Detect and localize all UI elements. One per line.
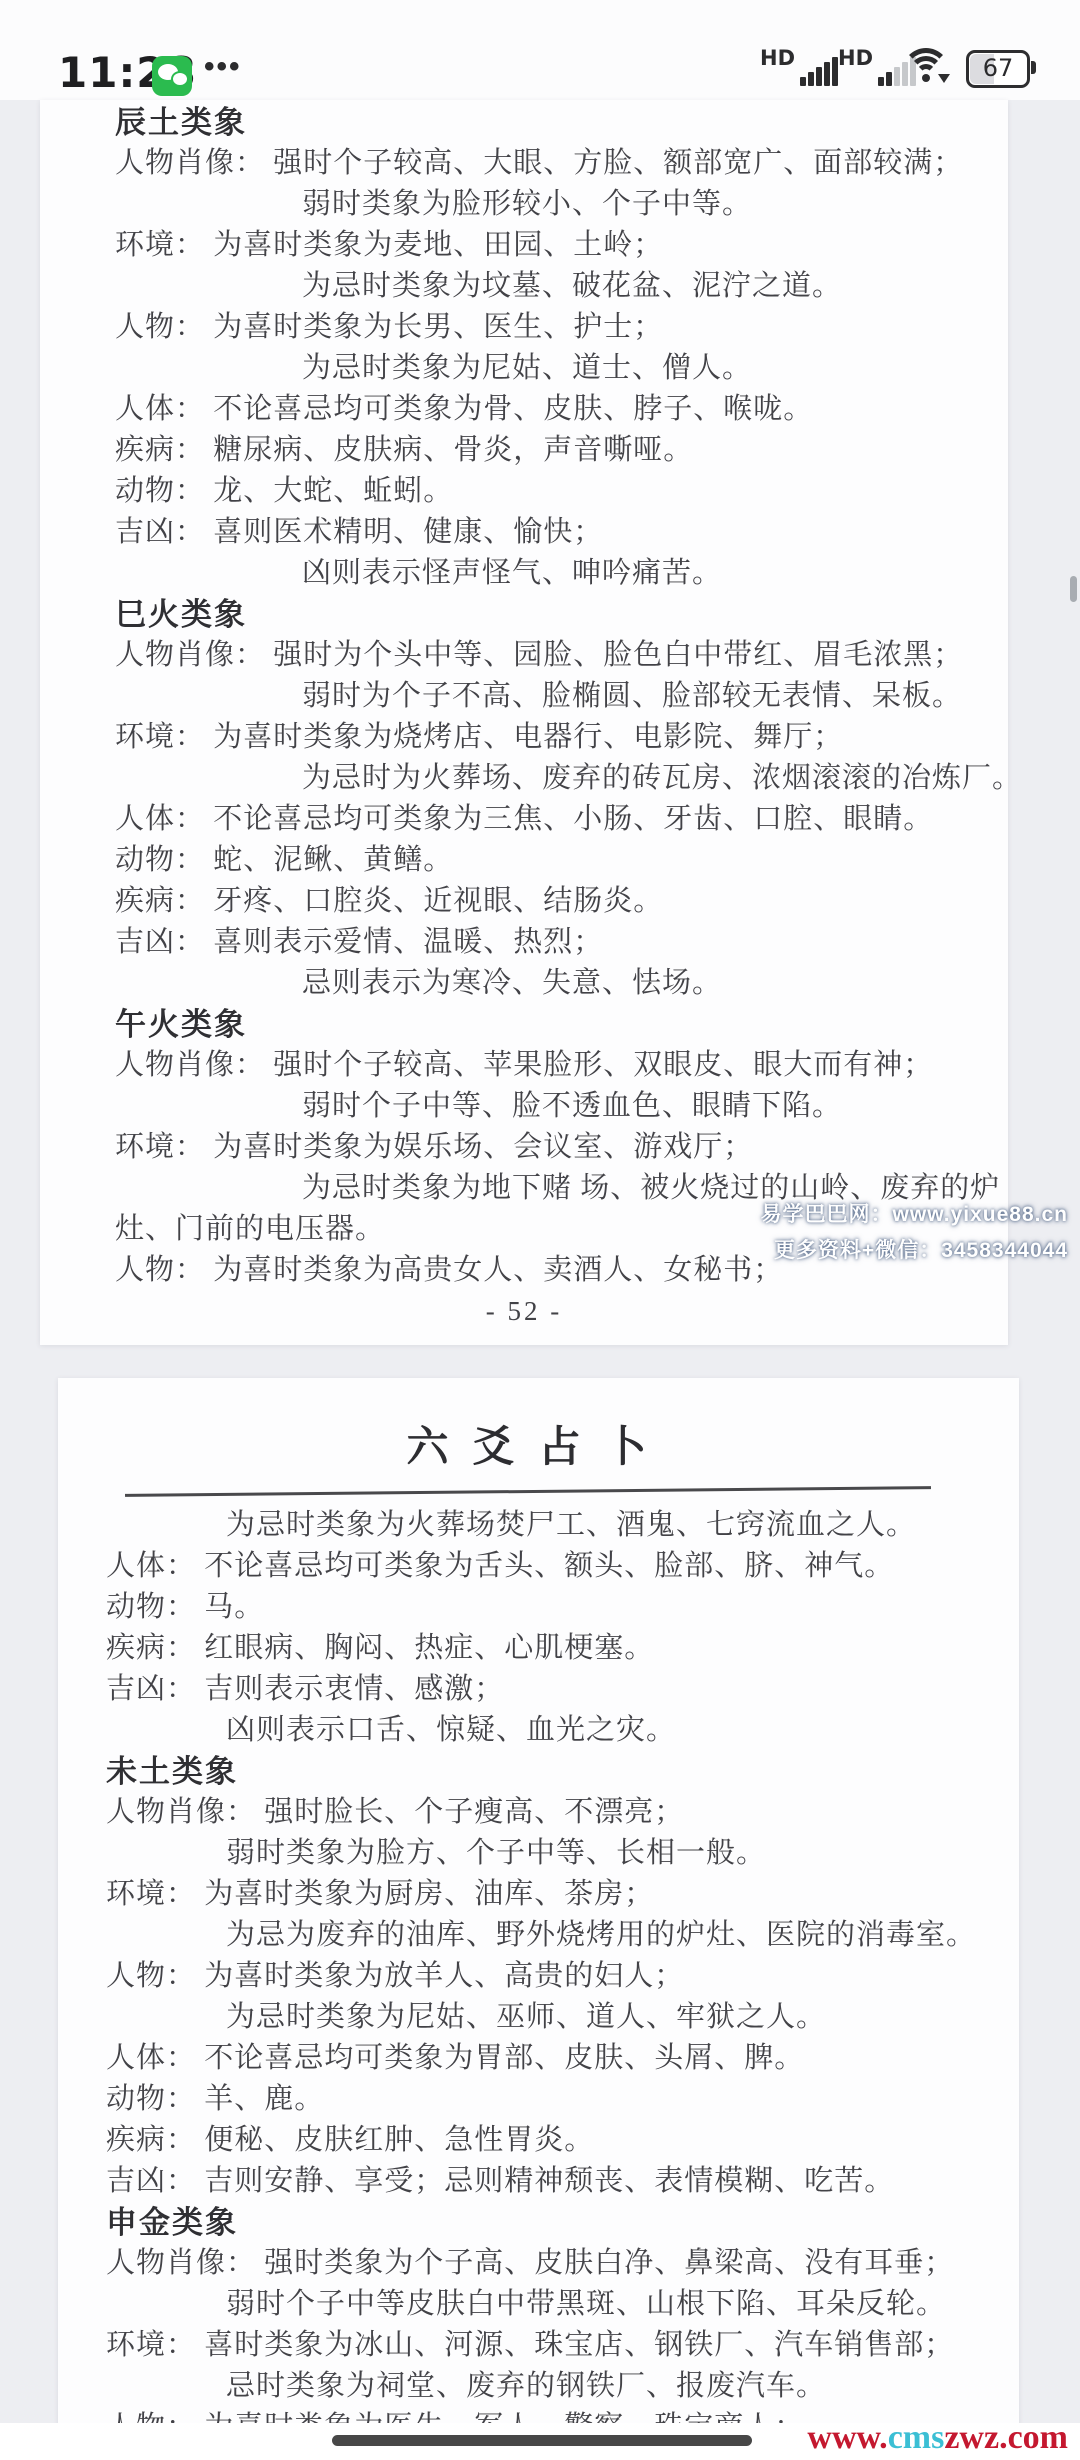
document-page-52: 辰土类象人物肖像： 强时个子较高、大眼、方脸、额部宽广、面部较满；弱时类象为脸形… (40, 100, 1008, 1345)
text-line: 人体： 不论喜忌均可类象为舌头、额头、脸部、脐、神气。 (58, 1546, 1019, 1587)
text-line: 人物肖像： 强时个子较高、大眼、方脸、额部宽广、面部较满； (40, 143, 1008, 184)
text-line: 环境： 为喜时类象为麦地、田园、土岭； (40, 225, 1008, 266)
home-indicator[interactable] (332, 2435, 752, 2446)
text-line: 弱时类象为脸形较小、个子中等。 (40, 184, 1008, 225)
text-line: 为忌时为火葬场、废弃的砖瓦房、浓烟滚滚的冶炼厂。 (40, 758, 1008, 799)
wifi-icon (902, 48, 950, 86)
site-url-mid: cms (888, 2419, 945, 2456)
header-rule (125, 1486, 931, 1497)
text-line: 为忌时类象为尼姑、巫师、道人、牢狱之人。 (58, 1997, 1019, 2038)
text-line: 忌时类象为祠堂、废弃的钢铁厂、报废汽车。 (58, 2366, 1019, 2407)
section-heading: 巳火类象 (40, 594, 1008, 635)
signal-bars-icon (798, 57, 838, 86)
text-line: 弱时为个子不高、脸椭圆、脸部较无表情、呆板。 (40, 676, 1008, 717)
text-line: 人体： 不论喜忌均可类象为胃部、皮肤、头屑、脾。 (58, 2038, 1019, 2079)
text-line: 人体： 不论喜忌均可类象为骨、皮肤、脖子、喉咙。 (40, 389, 1008, 430)
text-line: 吉凶： 吉则安静、享受；忌则精神颓丧、表情模糊、吃苦。 (58, 2161, 1019, 2202)
text-line: 人体： 不论喜忌均可类象为三焦、小肠、牙齿、口腔、眼睛。 (40, 799, 1008, 840)
text-line: 环境： 为喜时类象为烧烤店、电器行、电影院、舞厅； (40, 717, 1008, 758)
text-line: 吉凶： 喜则医术精明、健康、愉快； (40, 512, 1008, 553)
page2-text: 为忌时类象为火葬场焚尸工、酒鬼、七窍流血之人。人体： 不论喜忌均可类象为舌头、额… (58, 1505, 1019, 2448)
wechat-bubble-small (173, 73, 187, 85)
section-heading: 辰土类象 (40, 102, 1008, 143)
text-line: 为忌时类象为坟墓、破花盆、泥泞之道。 (40, 266, 1008, 307)
chapter-header: 六爻占卜 (58, 1414, 1019, 1474)
text-line: 动物： 羊、鹿。 (58, 2079, 1019, 2120)
watermark-wechat: 更多资料+微信：3458344044 (774, 1234, 1068, 1264)
text-line: 人物肖像： 强时个子较高、苹果脸形、双眼皮、眼大而有神； (40, 1045, 1008, 1086)
text-line: 人物： 为喜时类象为长男、医生、护士； (40, 307, 1008, 348)
status-bar: 11:28 ••• HD HD 67 (0, 0, 1080, 100)
text-line: 疾病： 红眼病、胸闷、热症、心肌梗塞。 (58, 1628, 1019, 1669)
text-line: 环境： 为喜时类象为娱乐场、会议室、游戏厅； (40, 1127, 1008, 1168)
text-line: 人物： 为喜时类象为放羊人、高贵的妇人； (58, 1956, 1019, 1997)
text-line: 疾病： 便秘、皮肤红肿、急性胃炎。 (58, 2120, 1019, 2161)
site-url-suffix: zwz.com (944, 2419, 1068, 2456)
text-line: 动物： 马。 (58, 1587, 1019, 1628)
battery-nub (1031, 61, 1036, 74)
text-line: 动物： 龙、大蛇、蚯蚓。 (40, 471, 1008, 512)
section-heading: 申金类象 (58, 2202, 1019, 2243)
text-line: 人物肖像： 强时脸长、个子瘦高、不漂亮； (58, 1792, 1019, 1833)
text-line: 为忌为废弃的油库、野外烧烤用的炉灶、医院的消毒室。 (58, 1915, 1019, 1956)
text-line: 疾病： 牙疼、口腔炎、近视眼、结肠炎。 (40, 881, 1008, 922)
text-line: 凶则表示口舌、惊疑、血光之灾。 (58, 1710, 1019, 1751)
text-line: 忌则表示为寒冷、失意、怯场。 (40, 963, 1008, 1004)
text-line: 疾病： 糖尿病、皮肤病、骨炎，声音嘶哑。 (40, 430, 1008, 471)
document-page-next: 六爻占卜 为忌时类象为火葬场焚尸工、酒鬼、七窍流血之人。人体： 不论喜忌均可类象… (58, 1378, 1019, 2460)
text-line: 吉凶： 喜则表示爱情、温暖、热烈； (40, 922, 1008, 963)
text-line: 环境： 喜时类象为冰山、河源、珠宝店、钢铁厂、汽车销售部； (58, 2325, 1019, 2366)
text-line: 吉凶： 吉则表示衷情、感激； (58, 1669, 1019, 1710)
battery-percent: 67 (969, 54, 1027, 82)
hd-voice-icon: HD (760, 46, 795, 70)
text-line: 弱时个子中等、脸不透血色、眼睛下陷。 (40, 1086, 1008, 1127)
wechat-icon (152, 56, 192, 96)
text-line: 弱时个子中等皮肤白中带黑斑、山根下陷、耳朵反轮。 (58, 2284, 1019, 2325)
site-url-prefix: www. (807, 2419, 887, 2456)
page1-text: 辰土类象人物肖像： 强时个子较高、大眼、方脸、额部宽广、面部较满；弱时类象为脸形… (40, 102, 1008, 1332)
wifi-traffic-arrow-icon (938, 74, 950, 83)
battery-indicator: 67 (966, 50, 1030, 88)
scrollbar-thumb[interactable] (1070, 576, 1077, 602)
site-watermark: www.cmszwz.com (807, 2419, 1068, 2457)
text-line: 弱时类象为脸方、个子中等、长相一般。 (58, 1833, 1019, 1874)
text-line: 为忌时类象为尼姑、道士、僧人。 (40, 348, 1008, 389)
section-heading: 未土类象 (58, 1751, 1019, 1792)
text-line: 为忌时类象为火葬场焚尸工、酒鬼、七窍流血之人。 (58, 1505, 1019, 1546)
text-line: 凶则表示怪声怪气、呻吟痛苦。 (40, 553, 1008, 594)
sim1-signal: HD (760, 46, 838, 86)
text-line: 环境： 为喜时类象为厨房、油库、茶房； (58, 1874, 1019, 1915)
hd-voice-icon: HD (838, 46, 873, 70)
more-notifications-icon: ••• (204, 50, 242, 84)
bottom-bar: www.cmszwz.com (0, 2423, 1080, 2460)
text-line: 人物肖像： 强时为个头中等、园脸、脸色白中带红、眉毛浓黑； (40, 635, 1008, 676)
section-heading: 午火类象 (40, 1004, 1008, 1045)
text-line: 人物肖像： 强时类象为个子高、皮肤白净、鼻梁高、没有耳垂； (58, 2243, 1019, 2284)
text-line: 动物： 蛇、泥鳅、黄鳝。 (40, 840, 1008, 881)
watermark-site: 易学巴巴网：www.yixue88.cn (761, 1198, 1068, 1228)
page-number: - 52 - (40, 1291, 1008, 1332)
